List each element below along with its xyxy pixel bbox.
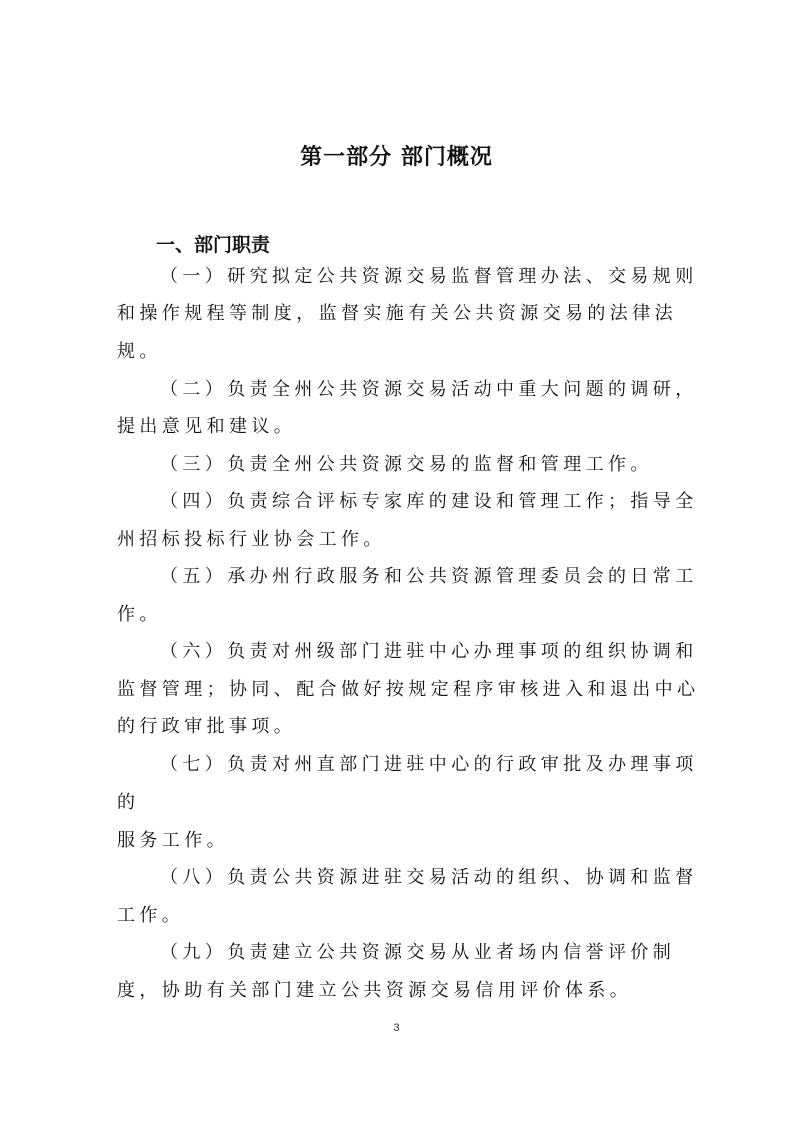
paragraph-line: 服务工作。 — [117, 829, 677, 853]
paragraph-line: （五）承办州行政服务和公共资源管理委员会的日常工 — [160, 565, 677, 589]
paragraph-line: （四）负责综合评标专家库的建设和管理工作；指导全 — [160, 490, 677, 514]
paragraph-line: 和操作规程等制度，监督实施有关公共资源交易的法律法 — [117, 302, 677, 326]
page-title: 第一部分 部门概况 — [0, 140, 793, 171]
paragraph-line: 州招标投标行业协会工作。 — [117, 528, 677, 552]
paragraph-line: （一）研究拟定公共资源交易监督管理办法、交易规则 — [160, 265, 677, 289]
paragraph-line: 提出意见和建议。 — [117, 415, 677, 439]
paragraph-line: 工作。 — [117, 904, 677, 928]
paragraph-line: 规。 — [117, 340, 677, 364]
paragraph-line: 的 — [117, 791, 677, 815]
paragraph-line: 的行政审批事项。 — [117, 715, 677, 739]
page-number: 3 — [0, 1022, 793, 1034]
paragraph-line: （七）负责对州直部门进驻中心的行政审批及办理事项 — [160, 753, 677, 777]
paragraph-line: （二）负责全州公共资源交易活动中重大问题的调研， — [160, 378, 677, 402]
paragraph-line: （六）负责对州级部门进驻中心办理事项的组织协调和 — [160, 640, 677, 664]
paragraph-line: 作。 — [117, 603, 677, 627]
paragraph-line: （八）负责公共资源进驻交易活动的组织、协调和监督 — [160, 866, 677, 890]
paragraph-line: （九）负责建立公共资源交易从业者场内信誉评价制 — [160, 941, 677, 965]
paragraph-line: 度，协助有关部门建立公共资源交易信用评价体系。 — [117, 979, 677, 1003]
paragraph-line: （三）负责全州公共资源交易的监督和管理工作。 — [160, 453, 677, 477]
paragraph-line: 监督管理；协同、配合做好按规定程序审核进入和退出中心 — [117, 678, 677, 702]
section-heading: 一、部门职责 — [156, 230, 270, 257]
